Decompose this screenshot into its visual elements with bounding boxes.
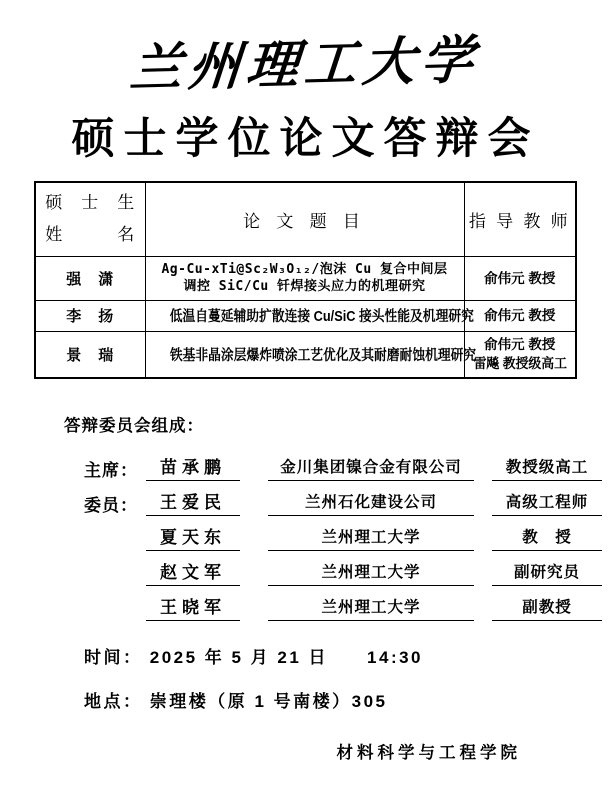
committee-row: 主席： 苗承鹏 金川集团镍合金有限公司 教授级高工	[84, 452, 611, 481]
committee-row: 委员： 王爱民 兰州石化建设公司 高级工程师	[84, 487, 611, 516]
thesis-title-cell: 铁基非晶涂层爆炸喷涂工艺优化及其耐磨耐蚀机理研究	[145, 331, 464, 378]
member-affiliation: 兰州理工大学	[268, 525, 474, 551]
committee-list: 主席： 苗承鹏 金川集团镍合金有限公司 教授级高工 委员： 王爱民 兰州石化建设…	[84, 452, 611, 621]
header-student-name-line1: 硕 士 生	[39, 187, 142, 219]
member-title: 教 授	[492, 525, 602, 551]
student-name-cell: 强 潇	[35, 256, 145, 300]
time-value: 2025 年 5 月 21 日 14:30	[150, 648, 423, 667]
thesis-title-line1: 低温自蔓延辅助扩散连接 Cu/SiC 接头性能及机理研究	[169, 305, 473, 326]
table-row: 李 扬 低温自蔓延辅助扩散连接 Cu/SiC 接头性能及机理研究 俞伟元 教授	[35, 300, 576, 331]
student-name-cell: 景 瑞	[35, 331, 145, 378]
university-logo: 兰州理工大学	[0, 22, 611, 97]
student-name-cell: 李 扬	[35, 300, 145, 331]
advisor-cell: 俞伟元 教授	[464, 300, 576, 331]
member-affiliation: 金川集团镍合金有限公司	[268, 455, 474, 481]
member-affiliation: 兰州石化建设公司	[268, 490, 474, 516]
thesis-title-line2: 调控 SiC/Cu 钎焊接头应力的机理研究	[149, 278, 461, 295]
time-row: 时间： 2025 年 5 月 21 日 14:30	[84, 643, 611, 668]
table-header-row: 硕 士 生 姓 名 论 文 题 目 指 导 教 师	[35, 182, 576, 256]
page-title: 硕士学位论文答辩会	[0, 105, 611, 166]
advisor-primary: 俞伟元 教授	[484, 337, 555, 352]
committee-row: 夏天东 兰州理工大学 教 授	[84, 522, 611, 551]
advisor-cell: 俞伟元 教授	[464, 256, 576, 300]
role-label: 主席：	[84, 456, 146, 481]
member-name: 苗承鹏	[146, 453, 240, 481]
member-affiliation: 兰州理工大学	[268, 595, 474, 621]
department-footer: 材料科学与工程学院	[337, 739, 522, 763]
member-affiliation: 兰州理工大学	[268, 560, 474, 586]
member-title: 副研究员	[492, 560, 602, 586]
member-name: 夏天东	[146, 523, 240, 551]
thesis-title-cell: Ag-Cu-xTi@Sc₂W₃O₁₂/泡沫 Cu 复合中间层 调控 SiC/Cu…	[145, 256, 464, 300]
member-title: 教授级高工	[492, 455, 602, 481]
member-name: 王爱民	[146, 488, 240, 516]
thesis-title-line1: Ag-Cu-xTi@Sc₂W₃O₁₂/泡沫 Cu 复合中间层	[149, 261, 461, 278]
member-title: 高级工程师	[492, 490, 602, 516]
location-value: 崇理楼（原 1 号南楼）305	[150, 692, 388, 711]
header-thesis-title: 论 文 题 目	[145, 182, 464, 256]
header-student-name: 硕 士 生 姓 名	[35, 182, 145, 256]
committee-row: 王晓军 兰州理工大学 副教授	[84, 592, 611, 621]
defense-table: 硕 士 生 姓 名 论 文 题 目 指 导 教 师 强 潇 Ag-Cu-xTi@…	[34, 181, 577, 379]
location-label: 地点：	[84, 692, 143, 711]
committee-row: 赵文军 兰州理工大学 副研究员	[84, 557, 611, 586]
header-student-name-line2: 姓 名	[39, 219, 142, 251]
defense-notice-page: 兰州理工大学 硕士学位论文答辩会 硕 士 生 姓 名 论 文 题 目 指 导 教…	[0, 0, 611, 795]
member-name: 赵文军	[146, 558, 240, 586]
thesis-title-cell: 低温自蔓延辅助扩散连接 Cu/SiC 接头性能及机理研究	[145, 300, 464, 331]
member-title: 副教授	[492, 595, 602, 621]
location-row: 地点： 崇理楼（原 1 号南楼）305	[84, 687, 611, 712]
header-advisor: 指 导 教 师	[464, 182, 576, 256]
university-logo-calligraphy: 兰州理工大学	[128, 17, 483, 101]
table-row: 强 潇 Ag-Cu-xTi@Sc₂W₃O₁₂/泡沫 Cu 复合中间层 调控 Si…	[35, 256, 576, 300]
table-row: 景 瑞 铁基非晶涂层爆炸喷涂工艺优化及其耐磨耐蚀机理研究 俞伟元 教授 雷飚 教…	[35, 331, 576, 378]
member-name: 王晓军	[146, 593, 240, 621]
role-label: 委员：	[84, 491, 146, 516]
committee-heading: 答辩委员会组成：	[64, 412, 611, 436]
advisor-secondary: 雷飚 教授级高工	[470, 354, 569, 373]
advisor-cell: 俞伟元 教授 雷飚 教授级高工	[464, 331, 576, 378]
time-label: 时间：	[84, 648, 143, 667]
thesis-title-line1: 铁基非晶涂层爆炸喷涂工艺优化及其耐磨耐蚀机理研究	[169, 344, 475, 365]
